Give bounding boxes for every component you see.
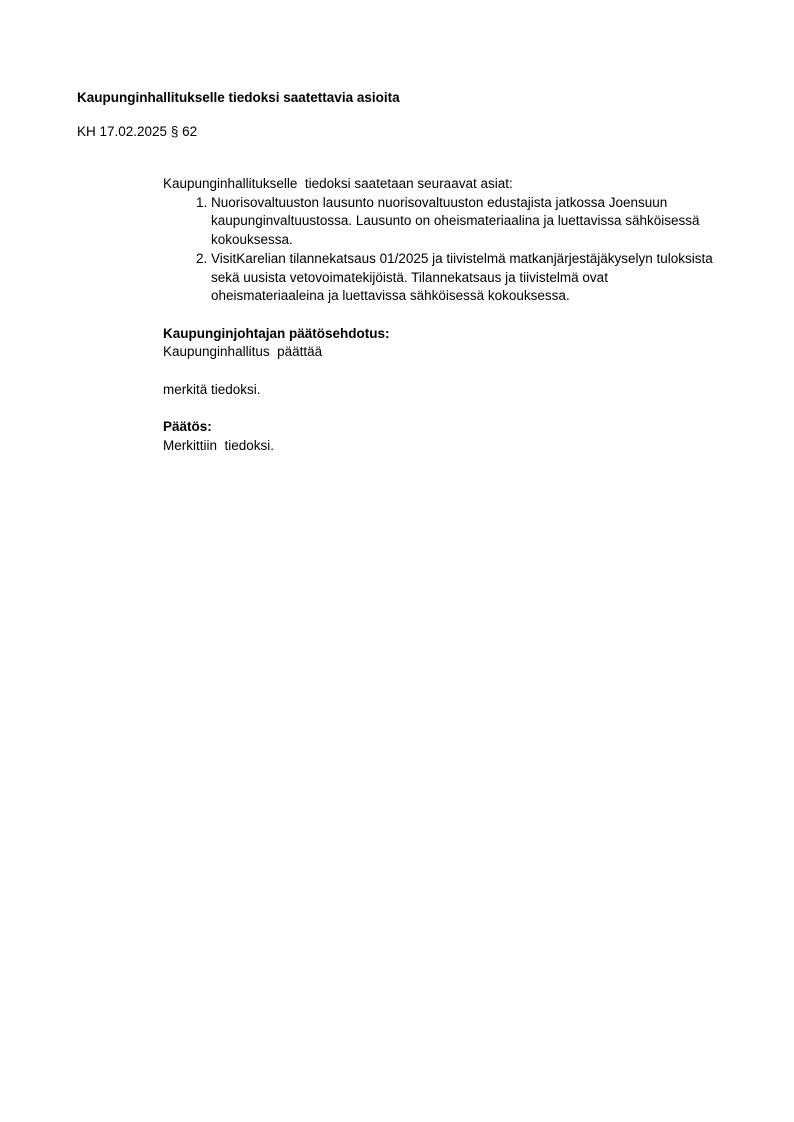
document-body: Kaupunginhallitukselle tiedoksi saatetaa…	[163, 175, 723, 456]
list-item: Nuorisovaltuuston lausunto nuorisovaltuu…	[211, 194, 723, 250]
intro-text: Kaupunginhallitukselle tiedoksi saatetaa…	[163, 175, 723, 194]
proposal-text: Kaupunginhallitus päättää	[163, 343, 723, 362]
spacer	[163, 399, 723, 418]
proposal-heading: Kaupunginjohtajan päätösehdotus:	[163, 325, 723, 344]
proposal-action: merkitä tiedoksi.	[163, 381, 723, 400]
spacer	[163, 362, 723, 381]
meeting-reference: KH 17.02.2025 § 62	[77, 124, 197, 139]
spacer	[163, 306, 723, 325]
page-title: Kaupunginhallitukselle tiedoksi saatetta…	[77, 90, 400, 105]
item-list: Nuorisovaltuuston lausunto nuorisovaltuu…	[163, 194, 723, 306]
decision-heading: Päätös:	[163, 418, 723, 437]
decision-text: Merkittiin tiedoksi.	[163, 437, 723, 456]
list-item: VisitKarelian tilannekatsaus 01/2025 ja …	[211, 250, 723, 306]
